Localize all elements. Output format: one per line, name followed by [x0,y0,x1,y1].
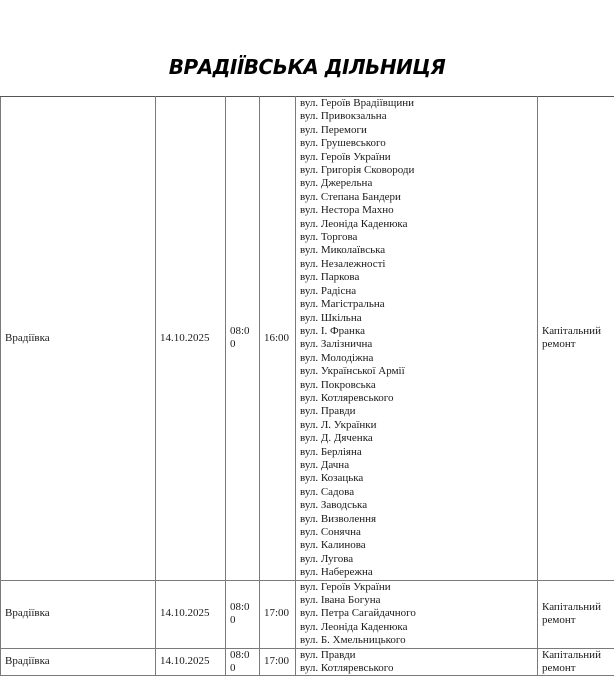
street-item: вул. Героїв України [300,581,533,594]
date-cell: 14.10.2025 [156,580,226,648]
street-item: вул. Визволення [300,513,533,526]
streets-cell: вул. Правдивул. Котляревського [296,648,538,676]
street-item: вул. Калинова [300,539,533,552]
table-row: Врадіївка 14.10.2025 08:00 17:00 вул. Ге… [1,580,614,648]
street-item: вул. Залізнична [300,338,533,351]
street-item: вул. Степана Бандери [300,191,533,204]
streets-cell: вул. Героїв Врадіївщинивул. Привокзальна… [296,97,538,581]
street-item: вул. Григорія Сковороди [300,164,533,177]
start-time-cell: 08:00 [226,648,260,676]
street-item: вул. Сонячна [300,526,533,539]
street-item: вул. Дачна [300,459,533,472]
table-row: Врадіївка 14.10.2025 08:00 17:00 вул. Пр… [1,648,614,676]
street-item: вул. Леоніда Каденюка [300,218,533,231]
street-item: вул. Котляревського [300,662,533,675]
street-item: вул. Правди [300,405,533,418]
street-item: вул. Котляревського [300,392,533,405]
street-item: вул. Української Армії [300,365,533,378]
reason-cell: Капітальний ремонт [538,580,614,648]
street-item: вул. Магістральна [300,298,533,311]
street-item: вул. Джерельна [300,177,533,190]
page-title: ВРАДІЇВСЬКА ДІЛЬНИЦЯ [0,55,614,79]
street-item: вул. Нестора Махно [300,204,533,217]
street-item: вул. Молодіжна [300,352,533,365]
street-item: вул. Козацька [300,472,533,485]
street-item: вул. Торгова [300,231,533,244]
streets-cell: вул. Героїв Українивул. Івана Богунавул.… [296,580,538,648]
locality-cell: Врадіївка [1,580,156,648]
date-cell: 14.10.2025 [156,648,226,676]
street-item: вул. Івана Богуна [300,594,533,607]
street-item: вул. Героїв України [300,151,533,164]
street-item: вул. Героїв Врадіївщини [300,97,533,110]
street-item: вул. Перемоги [300,124,533,137]
street-item: вул. Лугова [300,553,533,566]
start-time-cell: 08:00 [226,97,260,581]
reason-cell: Капітальний ремонт [538,648,614,676]
start-time-cell: 08:00 [226,580,260,648]
street-item: вул. Садова [300,486,533,499]
street-item: вул. Миколаївська [300,244,533,257]
street-item: вул. Паркова [300,271,533,284]
street-item: вул. Радісна [300,285,533,298]
street-item: вул. Правди [300,649,533,662]
date-cell: 14.10.2025 [156,97,226,581]
table-row: Врадіївка 14.10.2025 08:00 16:00 вул. Ге… [1,97,614,581]
schedule-body: Врадіївка 14.10.2025 08:00 16:00 вул. Ге… [1,97,614,676]
end-time-cell: 16:00 [260,97,296,581]
street-item: вул. Покровська [300,379,533,392]
outage-schedule-table: Врадіївка 14.10.2025 08:00 16:00 вул. Ге… [0,96,614,676]
street-item: вул. Б. Хмельницького [300,634,533,647]
street-item: вул. І. Франка [300,325,533,338]
street-item: вул. Привокзальна [300,110,533,123]
street-item: вул. Набережна [300,566,533,579]
street-item: вул. Леоніда Каденюка [300,621,533,634]
locality-cell: Врадіївка [1,97,156,581]
street-item: вул. Петра Сагайдачного [300,607,533,620]
locality-cell: Врадіївка [1,648,156,676]
street-item: вул. Шкільна [300,312,533,325]
street-item: вул. Заводська [300,499,533,512]
street-item: вул. Незалежності [300,258,533,271]
street-item: вул. Грушевського [300,137,533,150]
street-item: вул. Д. Дяченка [300,432,533,445]
street-item: вул. Берліяна [300,446,533,459]
end-time-cell: 17:00 [260,580,296,648]
end-time-cell: 17:00 [260,648,296,676]
street-item: вул. Л. Українки [300,419,533,432]
reason-cell: Капітальний ремонт [538,97,614,581]
